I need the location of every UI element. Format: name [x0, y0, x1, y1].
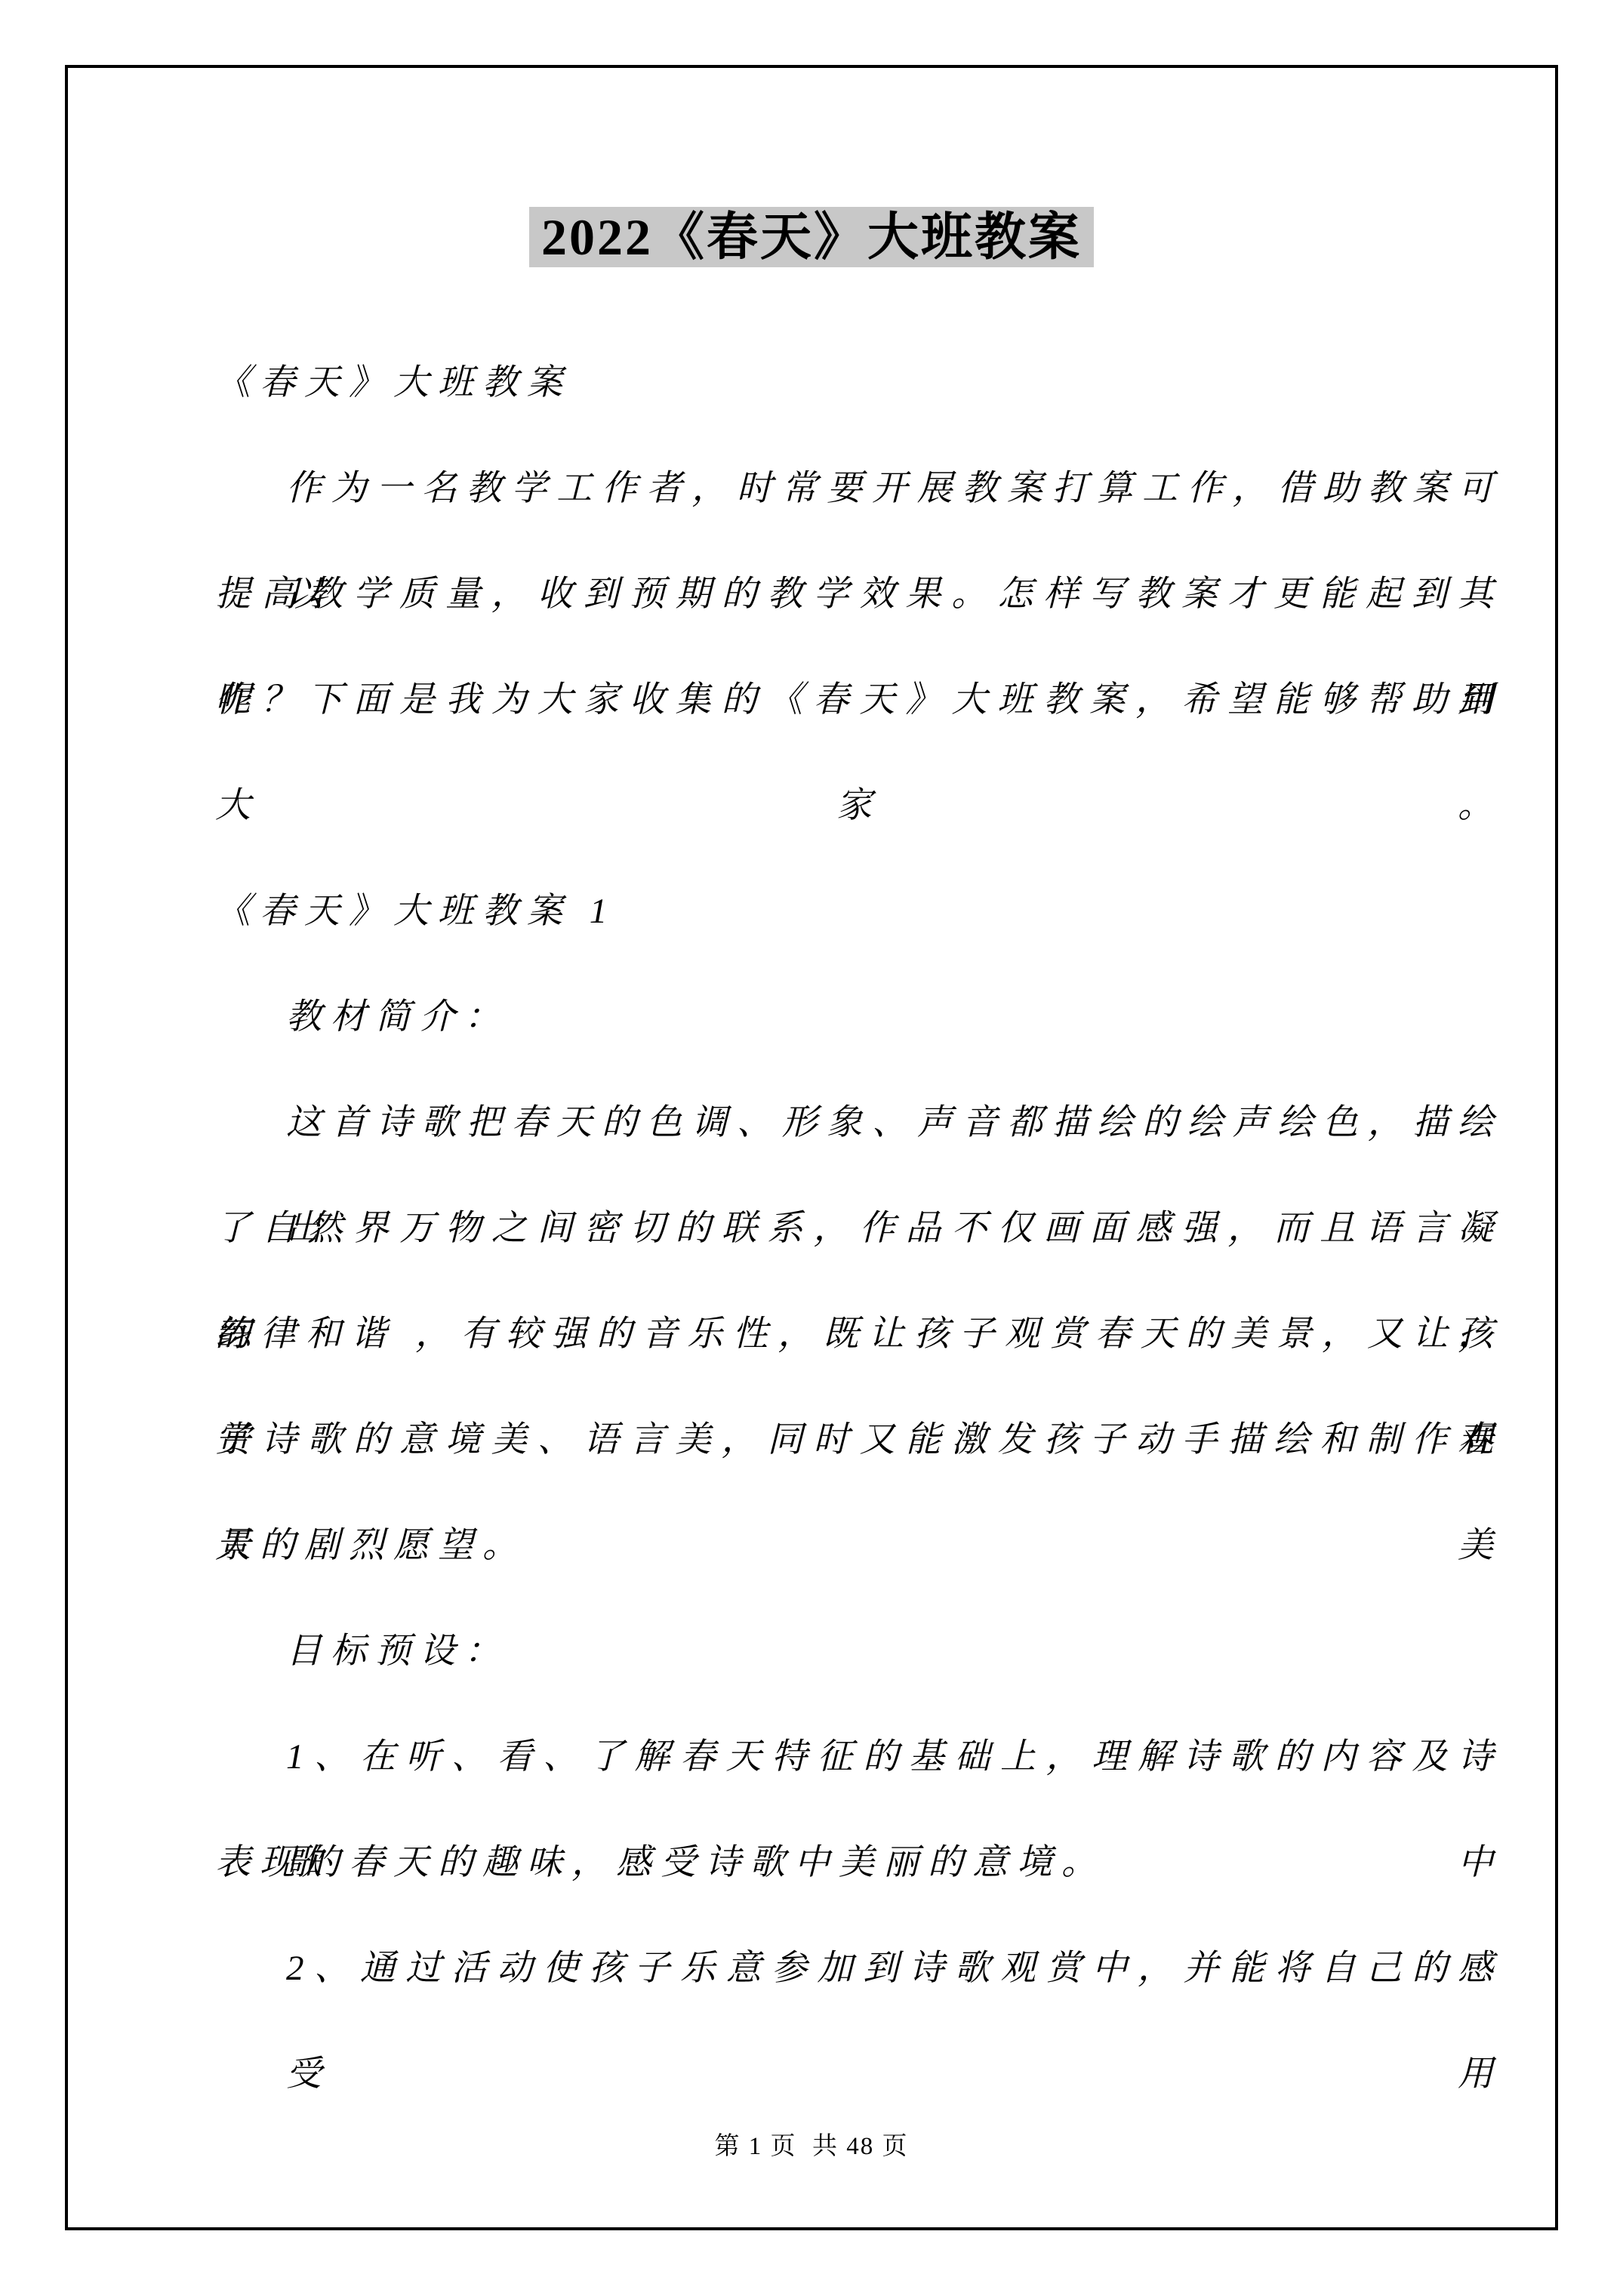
text-line: 《春天》大班教案 1	[215, 858, 1502, 964]
text-line: 目标预设：	[215, 1598, 1502, 1704]
text-line: 《春天》大班教案	[215, 330, 1502, 436]
text-line: 呢？下面是我为大家收集的《春天》大班教案，希望能够帮助到大家。	[215, 647, 1502, 753]
text-line: 这首诗歌把春天的色调、形象、声音都描绘的绘声绘色，描绘出	[215, 1070, 1502, 1176]
document-title-highlight: 2022《春天》大班教案	[529, 207, 1094, 267]
text-line: 提高教学质量，收到预期的教学效果。怎样写教案才更能起到其作用	[215, 541, 1502, 647]
text-line: 1、在听、看、了解春天特征的基础上，理解诗歌的内容及诗歌中	[215, 1704, 1502, 1810]
document-title: 2022《春天》大班教案	[0, 195, 1623, 279]
text-line: 了自然界万物之间密切的联系，作品不仅画面感强，而且语言凝练，	[215, 1176, 1502, 1281]
document-body: 《春天》大班教案 作为一名教学工作者，时常要开展教案打算工作，借助教案可以 提高…	[215, 330, 1502, 2021]
text-line: 教材简介：	[215, 964, 1502, 1070]
text-line: 赏诗歌的意境美、语言美，同时又能激发孩子动手描绘和制作春天美	[215, 1387, 1502, 1493]
page-number-footer: 第 1 页 共 48 页	[0, 2126, 1623, 2162]
text-line: 作为一名教学工作者，时常要开展教案打算工作，借助教案可以	[215, 436, 1502, 541]
text-line: 韵律和谐 ，有较强的音乐性，既让孩子观赏春天的美景，又让孩子观	[215, 1281, 1502, 1387]
document-page: 2022《春天》大班教案 《春天》大班教案 作为一名教学工作者，时常要开展教案打…	[0, 0, 1623, 2296]
text-line: 2、通过活动使孩子乐意参加到诗歌观赏中，并能将自己的感受用	[215, 1915, 1502, 2021]
